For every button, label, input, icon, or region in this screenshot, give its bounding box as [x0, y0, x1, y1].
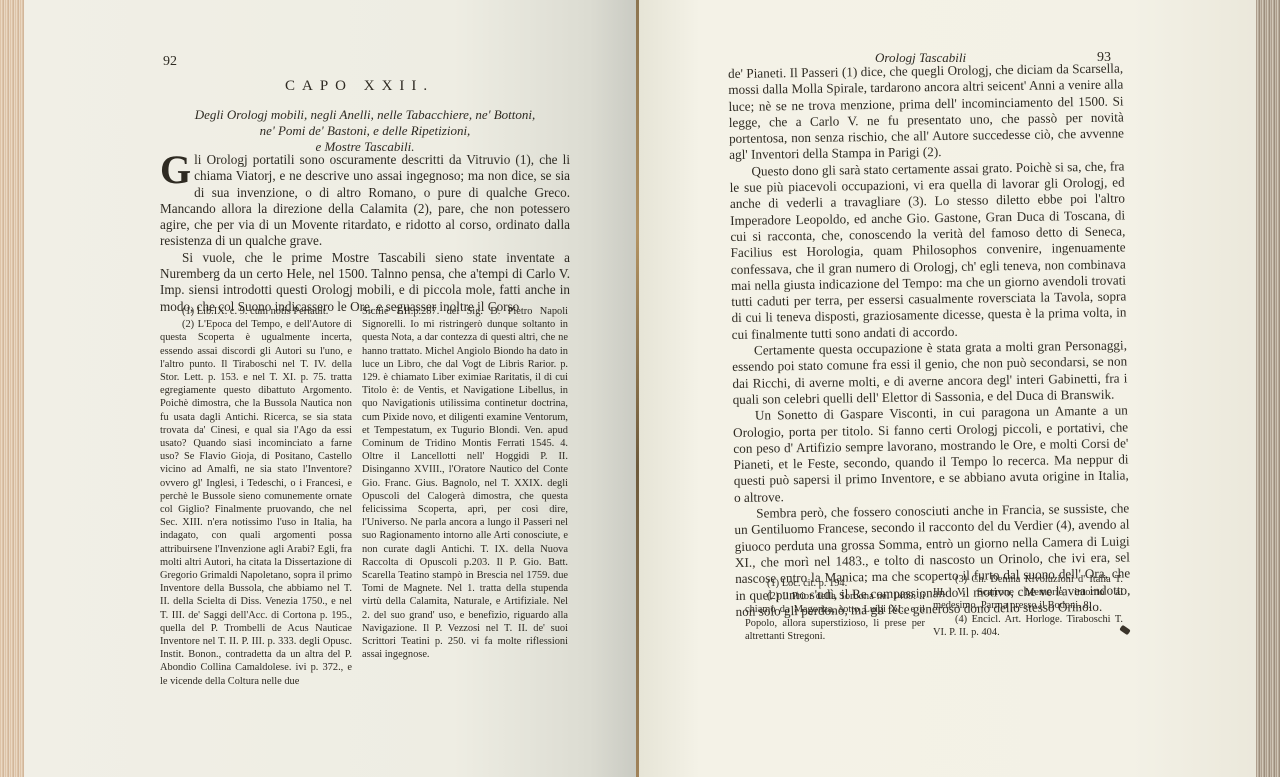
- footnote: (4) Encicl. Art. Horloge. Tiraboschi T. …: [933, 613, 1123, 639]
- right-footnotes-col1: (1) Loc. cit. p. 194. (2) Il Prior della…: [745, 577, 925, 643]
- footnote: (1) Loc. cit. p. 194.: [745, 577, 925, 590]
- left-footnotes-col1: (1) Lib.IX. c. 9. cum notis Pertault. (2…: [160, 305, 352, 688]
- footnote: Sicilie T.II.p.287. del Sig. D. Pietro N…: [362, 305, 568, 661]
- book-gutter: [636, 0, 639, 777]
- paragraph: de' Pianeti. Il Passeri (1) dice, che qu…: [728, 60, 1124, 163]
- right-footnotes-col2: (3) Ch. Denina Rivoluzioni d' Italia T. …: [933, 573, 1123, 639]
- subtitle-line: ne' Pomi de' Bastoni, e delle Ripetizion…: [160, 123, 570, 139]
- drop-cap: G: [160, 153, 191, 187]
- footnote: (2) Il Prior della Sorbona nel 1469. li …: [745, 590, 925, 643]
- left-footnotes-col2: Sicilie T.II.p.287. del Sig. D. Pietro N…: [362, 305, 568, 661]
- paragraph: Un Sonetto di Gaspare Visconti, in cui p…: [733, 403, 1129, 506]
- footnote: (1) Lib.IX. c. 9. cum notis Pertault.: [160, 305, 352, 318]
- chapter-title: CAPO XXII.: [285, 78, 434, 95]
- subtitle-line: Degli Orologj mobili, negli Anelli, nell…: [160, 107, 570, 123]
- footnote: (3) Ch. Denina Rivoluzioni d' Italia T. …: [933, 573, 1123, 613]
- paragraph: Questo dono gli sarà stato certamente as…: [729, 158, 1126, 343]
- book-edge-left: [0, 0, 24, 777]
- paragraph: Certamente questa occupazione è stata gr…: [732, 338, 1128, 409]
- right-body-text: de' Pianeti. Il Passeri (1) dice, che qu…: [728, 60, 1131, 620]
- chapter-subtitle: Degli Orologj mobili, negli Anelli, nell…: [160, 107, 570, 155]
- left-body-text: G li Orologj portatili sono oscuramente …: [160, 152, 570, 315]
- footnote: (2) L'Epoca del Tempo, e dell'Autore di …: [160, 318, 352, 688]
- page-number-left: 92: [163, 54, 177, 70]
- paragraph: li Orologj portatili sono oscuramente de…: [160, 152, 570, 248]
- book-edge-right: [1256, 0, 1280, 777]
